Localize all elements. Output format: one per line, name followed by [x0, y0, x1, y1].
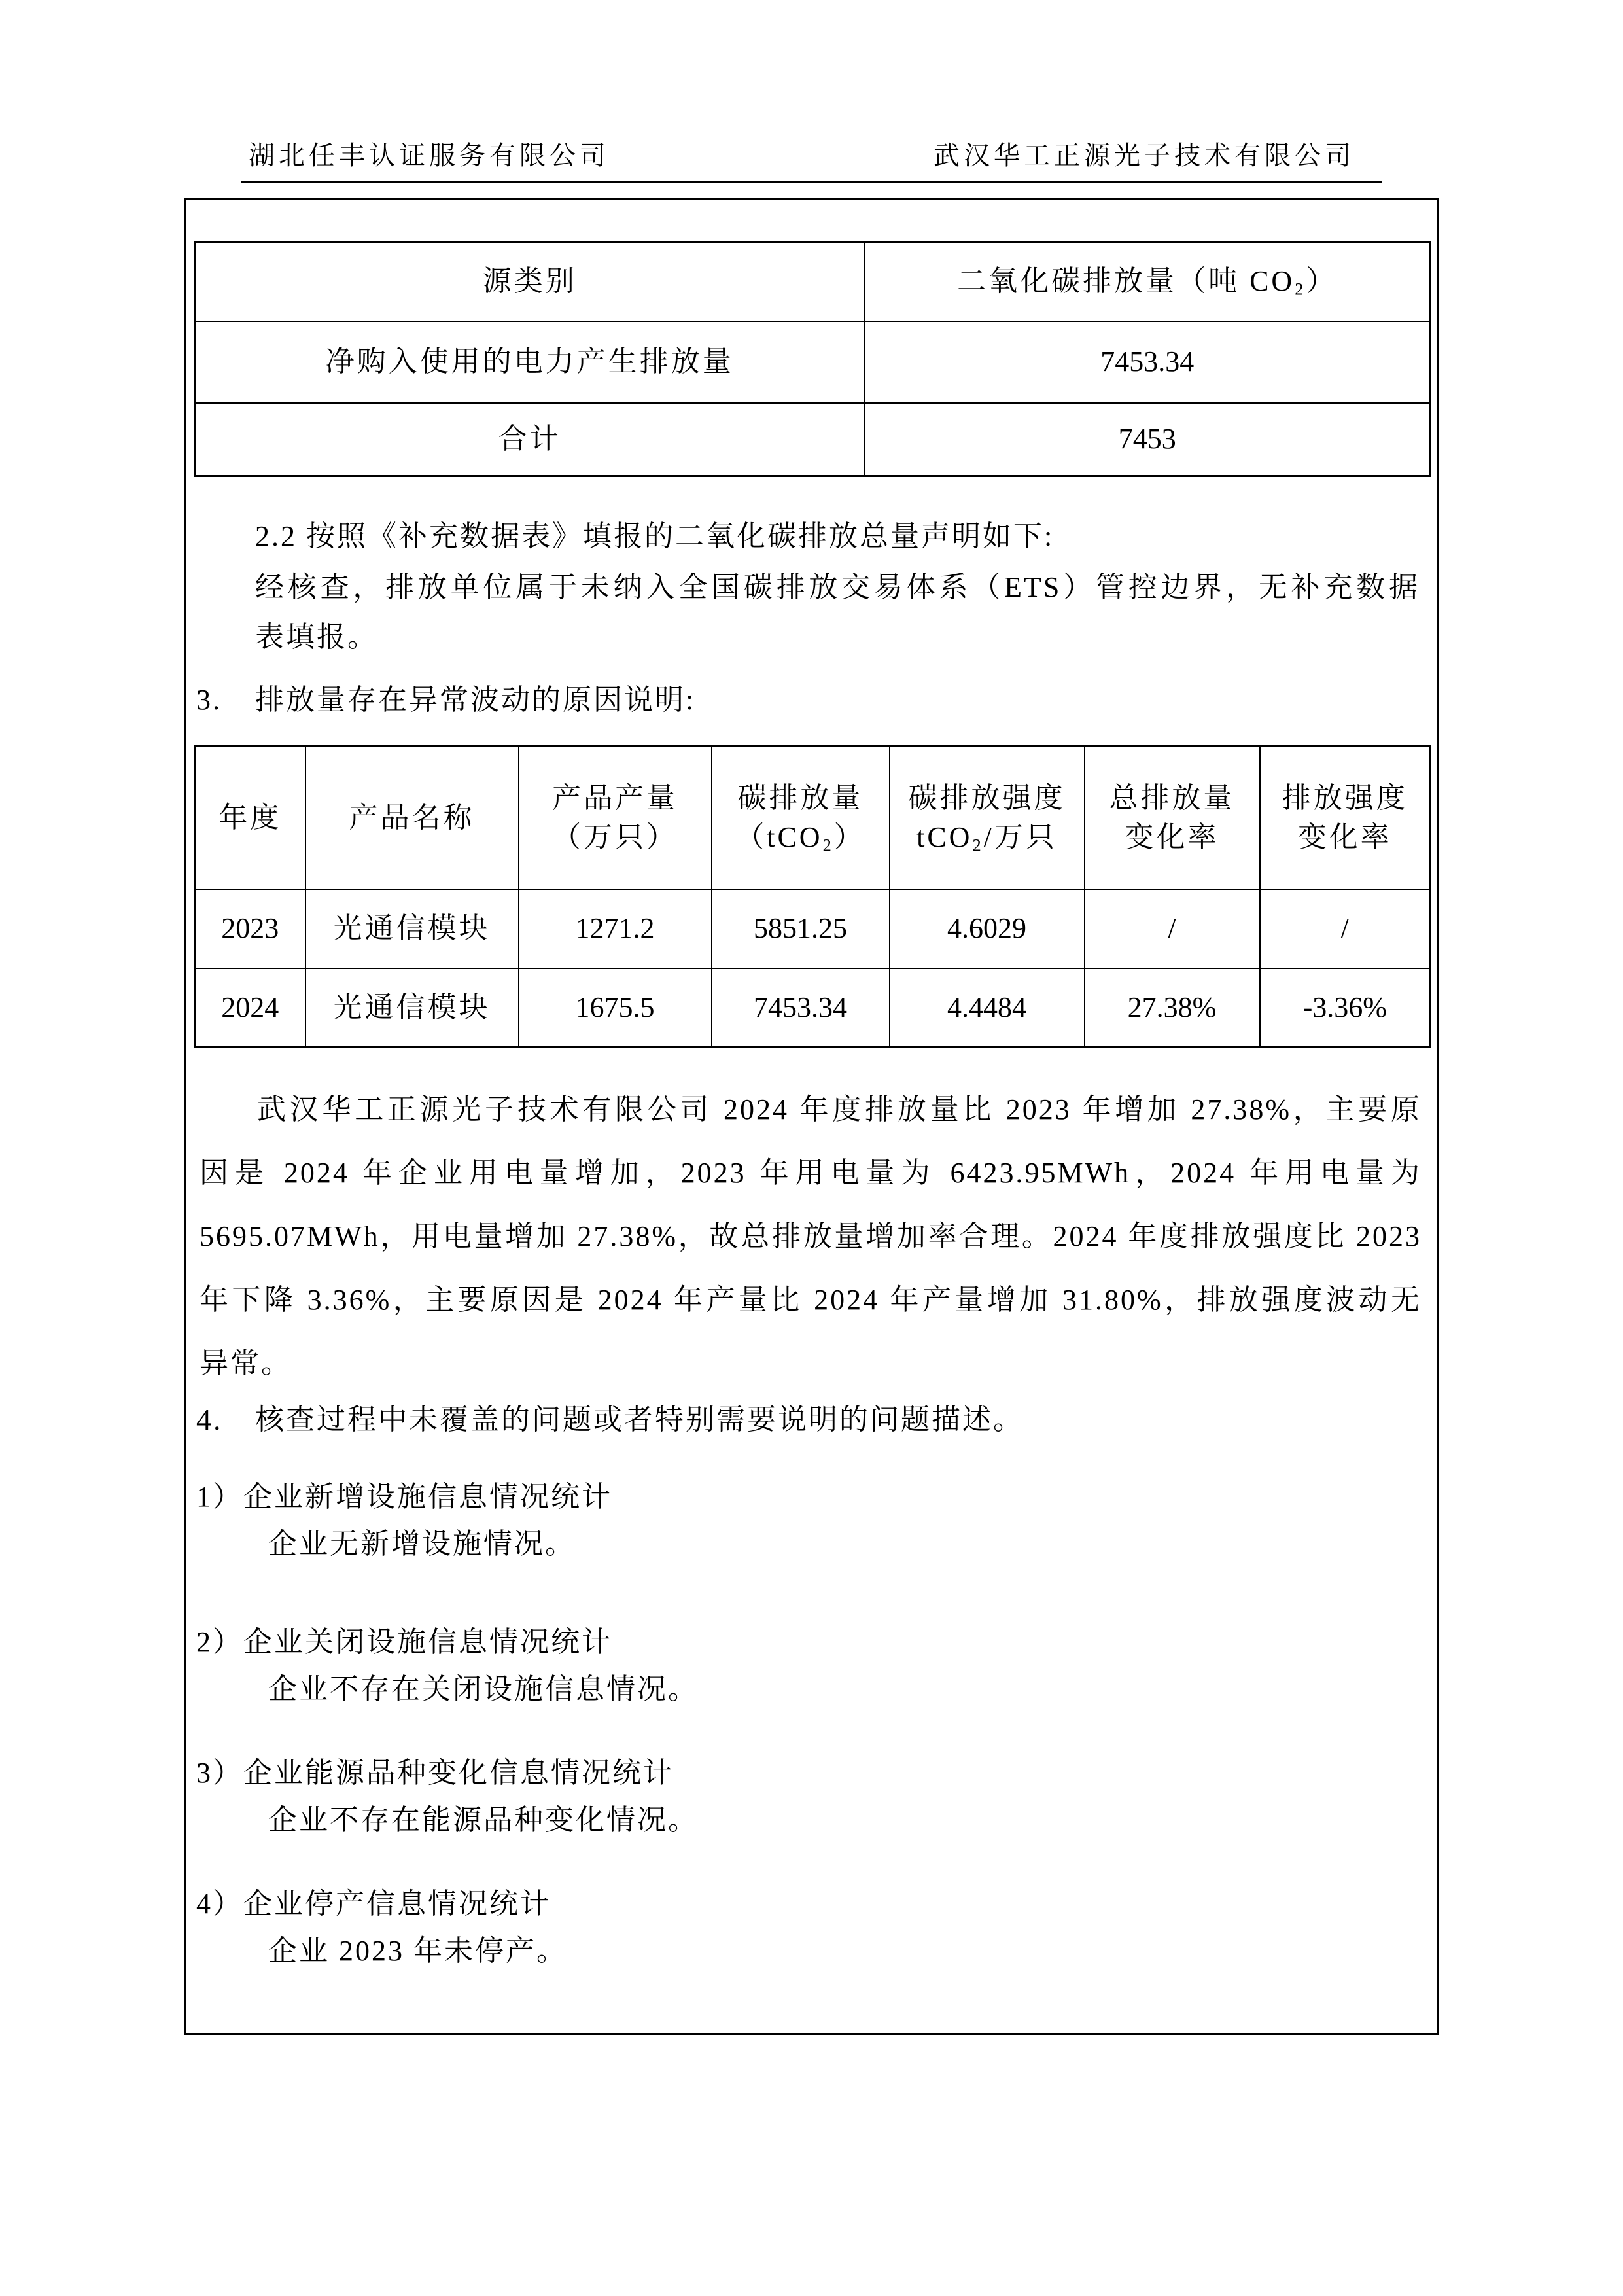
header-intensity-line1: 碳排放强度: [890, 779, 1084, 818]
header-co2-emission-close: ）: [1306, 265, 1337, 297]
year-cell: 2024: [195, 968, 305, 1048]
emission-cell: 5851.25: [712, 889, 890, 968]
unit-text: （tCO: [735, 821, 822, 853]
total-label-cell: 合计: [195, 403, 865, 476]
intensity-change-cell: -3.36%: [1260, 968, 1431, 1048]
table-row: 2024 光通信模块 1675.5 7453.34 4.4484 27.38% …: [195, 968, 1431, 1048]
item-2-detail: 企业不存在关闭设施信息情况。: [268, 1670, 699, 1709]
intensity-change-cell: /: [1260, 889, 1431, 968]
section-3-title: 排放量存在异常波动的原因说明:: [255, 680, 695, 720]
table-row: 净购入使用的电力产生排放量 7453.34: [195, 321, 1431, 403]
header-output-unit: （万只）: [519, 818, 711, 857]
explanation-paragraph: 武汉华工正源光子技术有限公司 2024 年度排放量比 2023 年增加 27.3…: [200, 1078, 1422, 1395]
header-left-organization: 湖北任丰认证服务有限公司: [249, 139, 610, 173]
item-3-detail: 企业不存在能源品种变化情况。: [268, 1801, 699, 1840]
header-emission: 碳排放量（tCO2）: [712, 747, 890, 889]
value-cell: 7453.34: [865, 321, 1431, 403]
unit-text: tCO: [916, 821, 972, 853]
header-intensity-unit: tCO2/万只: [890, 818, 1084, 857]
item-2-heading: 2）企业关闭设施信息情况统计: [196, 1623, 612, 1662]
explanation-line: 异常。: [200, 1332, 1422, 1395]
output-cell: 1271.2: [519, 889, 712, 968]
emission-variation-table: 年度 产品名称 产品产量（万只） 碳排放量（tCO2） 碳排放强度tCO2/万只…: [194, 745, 1431, 1048]
item-1-detail: 企业无新增设施情况。: [268, 1525, 576, 1564]
section-4-title: 核查过程中未覆盖的问题或者特别需要说明的问题描述。: [255, 1400, 1024, 1439]
section-2-2-title: 2.2 按照《补充数据表》填报的二氧化碳排放总量声明如下:: [255, 517, 1054, 556]
header-emission-unit: （tCO2）: [712, 818, 889, 857]
subscript-2: 2: [1295, 279, 1306, 299]
explanation-line: 因是 2024 年企业用电量增加，2023 年用电量为 6423.95MWh，2…: [200, 1141, 1422, 1205]
product-cell: 光通信模块: [305, 968, 519, 1048]
header-divider: [241, 181, 1382, 183]
header-total-change-line2: 变化率: [1085, 818, 1259, 857]
emission-cell: 7453.34: [712, 968, 890, 1048]
total-change-cell: /: [1085, 889, 1260, 968]
table-header-row: 源类别 二氧化碳排放量（吨 CO2）: [195, 242, 1431, 321]
item-4-detail: 企业 2023 年未停产。: [268, 1932, 567, 1971]
emissions-table: 源类别 二氧化碳排放量（吨 CO2） 净购入使用的电力产生排放量 7453.34…: [194, 241, 1431, 477]
section-4-number: 4.: [196, 1400, 223, 1439]
output-cell: 1675.5: [519, 968, 712, 1048]
header-output: 产品产量（万只）: [519, 747, 712, 889]
section-3-number: 3.: [196, 680, 222, 720]
header-intensity: 碳排放强度tCO2/万只: [890, 747, 1085, 889]
item-4-heading: 4）企业停产信息情况统计: [196, 1884, 551, 1924]
item-1-heading: 1）企业新增设施信息情况统计: [196, 1477, 612, 1517]
header-emission-line1: 碳排放量: [712, 779, 889, 818]
item-3-heading: 3）企业能源品种变化信息情况统计: [196, 1754, 674, 1793]
unit-close: ）: [834, 821, 865, 853]
explanation-line: 武汉华工正源光子技术有限公司 2024 年度排放量比 2023 年增加 27.3…: [200, 1078, 1422, 1141]
section-2-2-body-line1: 经核查，排放单位属于未纳入全国碳排放交易体系（ETS）管控边界，无补充数据: [255, 568, 1420, 607]
section-2-2-body-line2: 表填报。: [255, 618, 378, 657]
header-co2-emission-text: 二氧化碳排放量（吨 CO: [957, 265, 1295, 297]
header-intensity-change-line1: 排放强度: [1261, 779, 1430, 818]
explanation-line: 年下降 3.36%，主要原因是 2024 年产量比 2024 年产量增加 31.…: [200, 1268, 1422, 1332]
header-right-organization: 武汉华工正源光子技术有限公司: [934, 139, 1355, 173]
header-total-change: 总排放量变化率: [1085, 747, 1260, 889]
header-year: 年度: [195, 747, 305, 889]
header-source-type: 源类别: [195, 242, 865, 321]
header-intensity-change-line2: 变化率: [1261, 818, 1430, 857]
year-cell: 2023: [195, 889, 305, 968]
table-row: 2023 光通信模块 1271.2 5851.25 4.6029 / /: [195, 889, 1431, 968]
header-product-name: 产品名称: [305, 747, 519, 889]
header-output-line1: 产品产量: [519, 779, 711, 818]
intensity-cell: 4.4484: [890, 968, 1085, 1048]
source-cell: 净购入使用的电力产生排放量: [195, 321, 865, 403]
explanation-line: 5695.07MWh，用电量增加 27.38%，故总排放量增加率合理。2024 …: [200, 1205, 1422, 1268]
header-total-change-line1: 总排放量: [1085, 779, 1259, 818]
total-change-cell: 27.38%: [1085, 968, 1260, 1048]
unit-suffix: /万只: [984, 821, 1057, 853]
intensity-cell: 4.6029: [890, 889, 1085, 968]
subscript-2: 2: [972, 835, 983, 855]
header-co2-emission: 二氧化碳排放量（吨 CO2）: [865, 242, 1431, 321]
total-value-cell: 7453: [865, 403, 1431, 476]
product-cell: 光通信模块: [305, 889, 519, 968]
subscript-2: 2: [823, 835, 834, 855]
header-intensity-change: 排放强度变化率: [1260, 747, 1431, 889]
table-row-total: 合计 7453: [195, 403, 1431, 476]
table-header-row: 年度 产品名称 产品产量（万只） 碳排放量（tCO2） 碳排放强度tCO2/万只…: [195, 747, 1431, 889]
